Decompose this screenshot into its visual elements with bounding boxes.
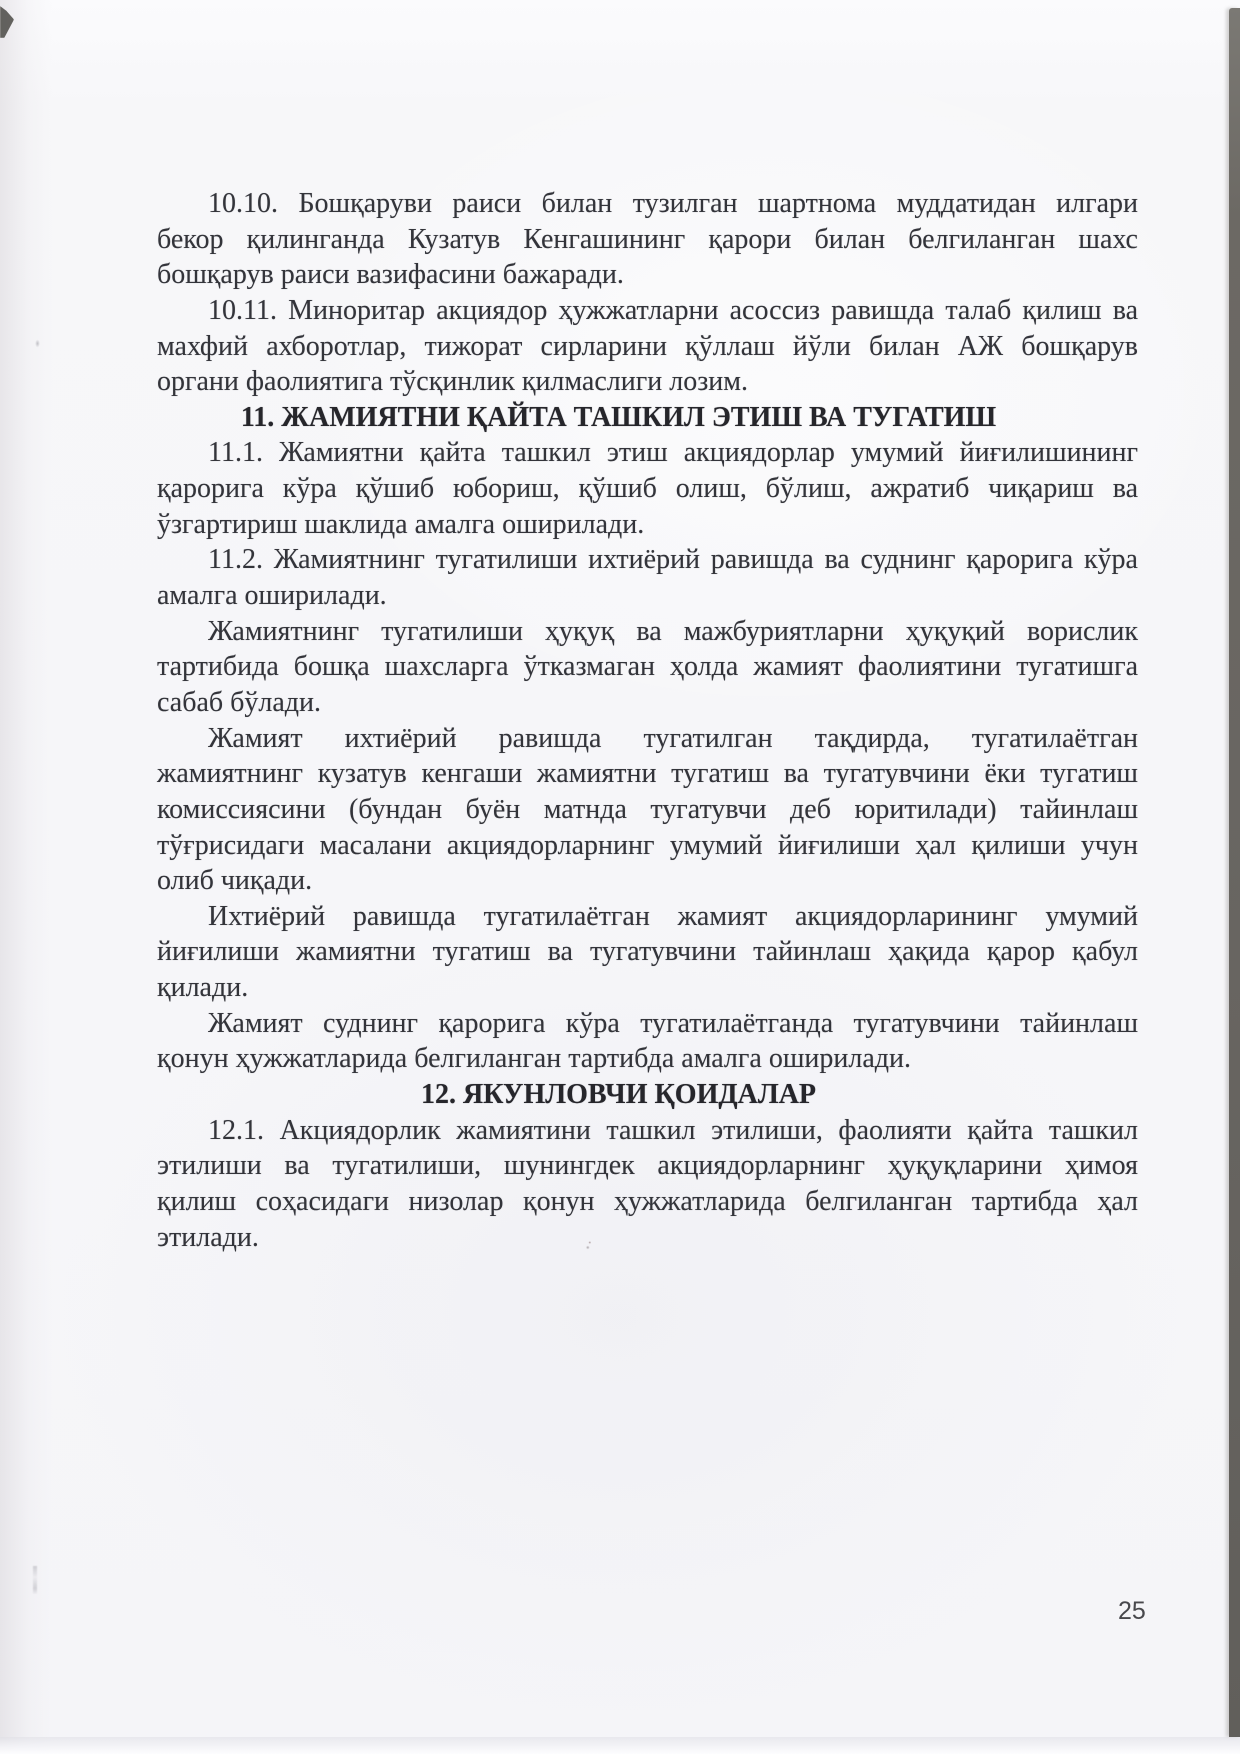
scan-bottom-edge-strip — [0, 1737, 1240, 1754]
document-line: этилиши ва тугатилиши, шунингдек акциядо… — [157, 1148, 1138, 1184]
scanned-document-page: 10.10. Бошқаруви раиси билан тузилган ша… — [0, 0, 1240, 1754]
document-line: Жамият ихтиёрий равишда тугатилган тақди… — [157, 721, 1138, 757]
document-line: 12.1. Акциядорлик жамиятини ташкил этили… — [157, 1113, 1138, 1149]
document-text-block: 10.10. Бошқаруви раиси билан тузилган ша… — [157, 186, 1138, 1255]
document-line: 10.11. Миноритар акциядор ҳужжатларни ас… — [157, 293, 1138, 329]
document-line: тўғрисидаги масалани акциядорларнинг уму… — [157, 828, 1138, 864]
document-line: қилиш соҳасидаги низолар қонун ҳужжатлар… — [157, 1184, 1138, 1220]
scan-speck-artifact — [33, 1566, 37, 1594]
document-line: олиб чиқади. — [157, 863, 1138, 899]
document-line: қарорига кўра қўшиб юбориш, қўшиб олиш, … — [157, 471, 1138, 507]
scan-right-edge-band — [1229, 8, 1240, 1737]
document-line: комиссиясини (бундан буён матнда тугатув… — [157, 792, 1138, 828]
document-line: сабаб бўлади. — [157, 685, 1138, 721]
document-line: 11.2. Жамиятнинг тугатилиши ихтиёрий рав… — [157, 542, 1138, 578]
document-line: Жамиятнинг тугатилиши ҳуқуқ ва мажбурият… — [157, 614, 1138, 650]
document-line: Ихтиёрий равишда тугатилаётган жамият ак… — [157, 899, 1138, 935]
section-heading: 11. ЖАМИЯТНИ ҚАЙТА ТАШКИЛ ЭТИШ ВА ТУГАТИ… — [157, 400, 1138, 436]
scan-speck-artifact — [34, 338, 41, 349]
document-line: Жамият суднинг қарорига кўра тугатилаётг… — [157, 1006, 1138, 1042]
document-line: тартибида бошқа шахсларга ўтказмаган ҳол… — [157, 649, 1138, 685]
document-line: ўзгартириш шаклида амалга оширилади. — [157, 507, 1138, 543]
section-heading: 12. ЯКУНЛОВЧИ ҚОИДАЛАР — [157, 1077, 1138, 1113]
document-line: амалга оширилади. — [157, 578, 1138, 614]
scan-left-shading — [0, 0, 52, 1754]
document-line: этилади. — [157, 1220, 1138, 1256]
document-line: қонун ҳужжатларида белгиланган тартибда … — [157, 1041, 1138, 1077]
document-line: органи фаолиятига тўсқинлик қилмаслиги л… — [157, 364, 1138, 400]
document-line: бекор қилинганда Кузатув Кенгашининг қар… — [157, 222, 1138, 258]
document-line: 11.1. Жамиятни қайта ташкил этиш акциядо… — [157, 435, 1138, 471]
document-line: махфий ахборотлар, тижорат сирларини қўл… — [157, 329, 1138, 365]
document-line: жамиятнинг кузатув кенгаши жамиятни туга… — [157, 756, 1138, 792]
document-line: йиғилиши жамиятни тугатиш ва тугатувчини… — [157, 934, 1138, 970]
document-line: бошқарув раиси вазифасини бажаради. — [157, 257, 1138, 293]
page-number: 25 — [1118, 1598, 1146, 1624]
document-line: қилади. — [157, 970, 1138, 1006]
document-line: 10.10. Бошқаруви раиси билан тузилган ша… — [157, 186, 1138, 222]
scan-corner-artifact — [0, 6, 14, 38]
